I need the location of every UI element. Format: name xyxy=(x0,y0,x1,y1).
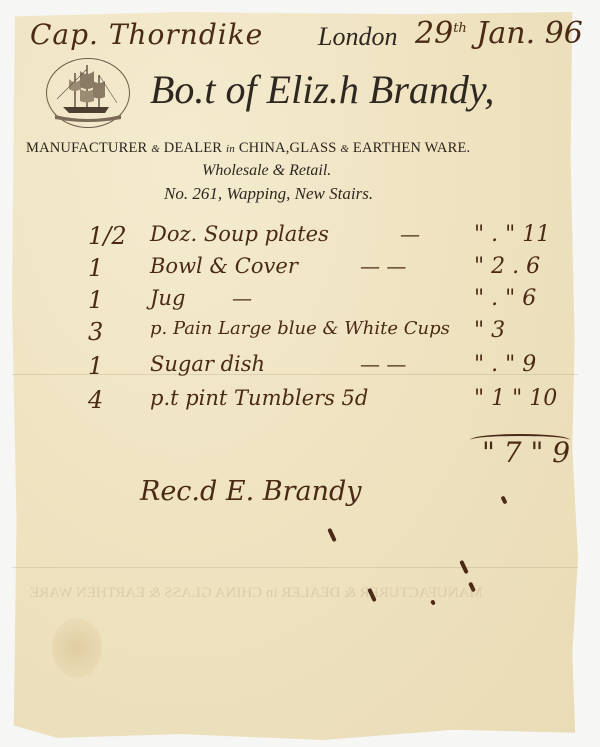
item-qty: 4 xyxy=(88,386,103,414)
ampersand: & xyxy=(340,143,349,155)
ampersand: & xyxy=(151,143,160,155)
trade-word: EARTHEN WARE. xyxy=(353,140,470,156)
line-item: 1 Jug — " . " 6 xyxy=(0,286,600,318)
item-qty: 3 xyxy=(88,318,103,346)
recipient-name: Cap. Thorndike xyxy=(30,18,263,51)
ship-engraving-frame xyxy=(46,58,130,128)
item-description: p.t pint Tumblers 5d xyxy=(150,386,368,410)
wholesale-retail: Wholesale & Retail. xyxy=(202,162,331,180)
item-qty: 1 xyxy=(88,352,103,380)
date-rest: Jan. 96 xyxy=(476,16,582,51)
line-item: 3 p. Pain Large blue & White Cups " 3 xyxy=(0,318,600,350)
trade-word: CHINA,GLASS xyxy=(239,140,337,156)
item-qty: 1/2 xyxy=(88,222,127,250)
trade-description: MANUFACTURER & DEALER in CHINA,GLASS & E… xyxy=(26,140,470,157)
item-description: p. Pain Large blue & White Cups xyxy=(150,318,450,339)
item-price: " 3 xyxy=(474,318,574,343)
ship-icon xyxy=(47,59,129,127)
dash: — xyxy=(400,222,420,246)
line-item: 1 Sugar dish — — " . " 9 xyxy=(0,352,600,384)
dash: — — xyxy=(360,254,406,278)
line-item: 1/2 Doz. Soup plates — " . " 11 xyxy=(0,222,600,254)
item-price: " 2 . 6 xyxy=(474,254,574,279)
total-amount: " 7 " 9 xyxy=(482,436,570,469)
date: 29th Jan. 96 xyxy=(415,16,583,51)
location: London xyxy=(318,22,397,52)
line-item: 1 Bowl & Cover — — " 2 . 6 xyxy=(0,254,600,286)
address: No. 261, Wapping, New Stairs. xyxy=(164,184,373,204)
trade-word: in xyxy=(226,143,235,155)
trade-word: MANUFACTURER xyxy=(26,140,147,156)
item-description: Bowl & Cover xyxy=(150,254,298,278)
item-price: " . " 11 xyxy=(474,222,574,247)
item-description: Doz. Soup plates xyxy=(150,222,329,246)
date-day: 29 xyxy=(415,16,453,51)
dash: — — xyxy=(360,352,406,376)
fold-crease xyxy=(12,567,578,568)
seller-title: Bo.t of Eliz.h Brandy, xyxy=(150,66,494,113)
item-price: " . " 6 xyxy=(474,286,574,311)
date-suffix: th xyxy=(453,21,467,36)
item-price: " . " 9 xyxy=(474,352,574,377)
line-item: 4 p.t pint Tumblers 5d " 1 " 10 xyxy=(0,386,600,418)
signature: Rec.d E. Brandy xyxy=(140,476,362,507)
item-qty: 1 xyxy=(88,254,103,282)
trade-word: DEALER xyxy=(164,140,222,156)
dash: — xyxy=(232,286,252,310)
item-description: Sugar dish xyxy=(150,352,265,376)
item-price: " 1 " 10 xyxy=(474,386,574,411)
item-description: Jug xyxy=(150,286,185,310)
foxing-stain xyxy=(52,618,102,678)
bleed-through-text: MANUFACTURER & DEALER in CHINA GLASS & E… xyxy=(30,585,483,602)
item-qty: 1 xyxy=(88,286,103,314)
